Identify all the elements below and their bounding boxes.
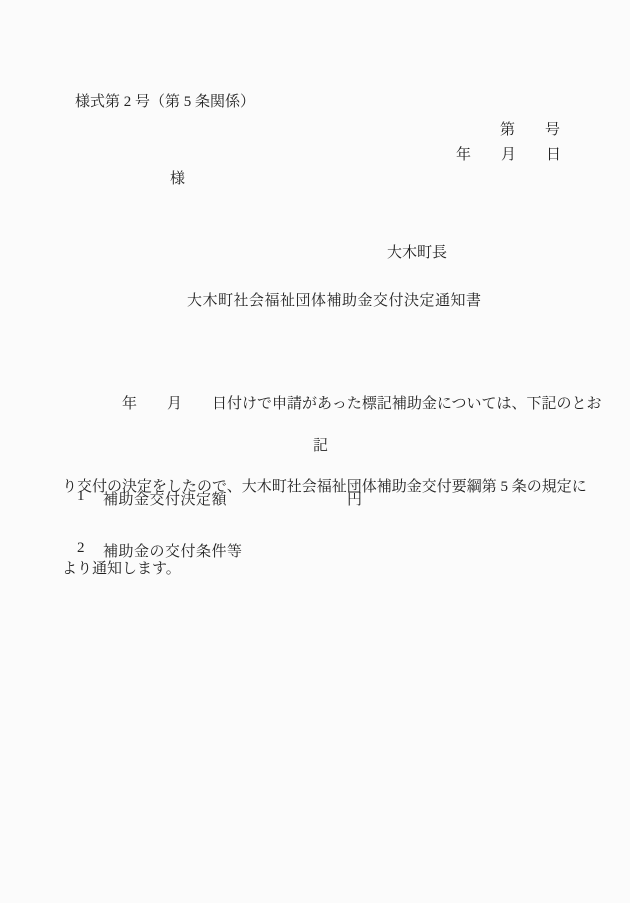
document-title: 大木町社会福祉団体補助金交付決定通知書 (187, 293, 482, 310)
list-item-1: 1 補助金交付決定額 円 (0, 488, 630, 508)
addressee-suffix: 様 (170, 171, 185, 188)
form-number-label: 様式第 2 号（第 5 条関係） (75, 94, 255, 111)
item-number: 2 (77, 540, 85, 557)
document-number-blank: 第 号 (500, 122, 560, 139)
date-blank: 年 月 日 (456, 147, 561, 164)
document-page: 様式第 2 号（第 5 条関係） 第 号 年 月 日 様 大木町長 大木町社会福… (0, 0, 630, 903)
sender-title: 大木町長 (387, 245, 447, 262)
list-item-2: 2 補助金の交付条件等 (0, 540, 630, 560)
item-number: 1 (77, 488, 85, 505)
item-label: 補助金交付決定額 (103, 488, 227, 509)
body-line: 年 月 日付けで申請があった標記補助金については、下記のとお (62, 391, 574, 419)
item-unit: 円 (347, 488, 362, 509)
item-label: 補助金の交付条件等 (103, 540, 243, 561)
record-marker: 記 (313, 438, 328, 455)
